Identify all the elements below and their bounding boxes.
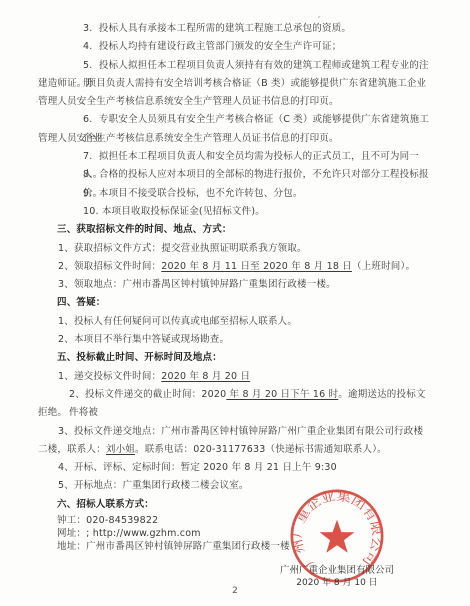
doc-line-4: 建造师证。项目负责人需持有安全培训考核合格证（B 类）或能够提供广东省建筑施工企… bbox=[38, 75, 432, 93]
text-run: 三、获取招标文件的时间、地点、方式： bbox=[57, 224, 232, 235]
text-run: 管理人员安全生产考核信息系统安全生产管理人员证书信息的打印页。 bbox=[38, 96, 339, 107]
doc-line-21: 2、投标文件递交的截止时间：2020 年 8 月 20 日下午 16 时。逾期送… bbox=[38, 386, 432, 404]
document-body: 3. 投标人具有承接本工程所需的建筑工程施工总承包的资质。4. 投标人均持有建设… bbox=[38, 20, 432, 554]
text-run: 钟工：020-84539822 bbox=[57, 515, 158, 526]
doc-line-18: 2、本项目不举行集中答疑或现场勘查。 bbox=[38, 331, 432, 349]
text-run: 4. 投标人均持有建设行政主管部门颁发的安全生产许可证； bbox=[83, 41, 341, 52]
text-run: 1、投标人有任何疑问可以传真或电邮至招标人联系人。 bbox=[58, 316, 297, 327]
underlined-text: 2020 年 8 月 20 日 bbox=[161, 371, 250, 382]
doc-line-24: 二楼，联系人：刘小姐。联系电话：020-31177633（快递标书需通知联系人）… bbox=[38, 441, 432, 459]
signature-company: 广州广重企业集团有限公司 bbox=[276, 565, 398, 577]
doc-line-25: 4、开标、评标、定标时间：暂定 2020 年 8 月 21 日上午 9:30 bbox=[38, 459, 432, 477]
text-run: 四、答疑： bbox=[57, 297, 106, 308]
doc-line-20: 1、递交投标文件时间：2020 年 8 月 20 日 bbox=[38, 368, 432, 386]
doc-line-17: 1、投标人有任何疑问可以传真或电邮至招标人联系人。 bbox=[38, 313, 432, 331]
doc-line-8: 7. 拟担任本工程项目负责人和安全员均需为投标人的正式员工，且不可为同一人。 bbox=[38, 148, 432, 166]
doc-line-15: 3、领取地点：广州市番禺区钟村镇钟屏路广重集团行政楼一楼。 bbox=[38, 276, 432, 294]
page-number: 2 bbox=[0, 586, 470, 596]
scan-speck bbox=[318, 16, 320, 18]
text-run: 建造师证。项目负责人需持有安全培训考核合格证（B 类）或能够提供广东省建筑施工企… bbox=[38, 78, 426, 89]
seal-star-icon bbox=[320, 520, 355, 553]
scan-speck bbox=[228, 243, 230, 244]
doc-line-1: 3. 投标人具有承接本工程所需的建筑工程施工总承包的资质。 bbox=[38, 20, 432, 38]
doc-line-16: 四、答疑： bbox=[38, 294, 432, 312]
text-run: 2、投标文件递交的截止时间：2020 bbox=[69, 389, 226, 400]
doc-line-7: 管理人员安全生产考核信息系统安全生产管理人员证书信息的打印页。 bbox=[38, 130, 432, 148]
document-page: 3. 投标人具有承接本工程所需的建筑工程施工总承包的资质。4. 投标人均持有建设… bbox=[0, 0, 470, 606]
text-run: 5、开标地点：广重集团行政楼二楼会议室。 bbox=[58, 480, 249, 491]
text-run: 10. 本项目收取投标保证金(见招标文件)。 bbox=[83, 206, 265, 217]
text-run: 2、本项目不举行集中答疑或现场勘查。 bbox=[58, 334, 229, 345]
doc-line-3: 5. 投标人拟担任本工程项目负责人须持有有效的建筑工程师或建筑工程专业的注册 bbox=[38, 57, 432, 75]
text-run: 管理人员安全生产考核信息系统安全生产管理人员证书信息的打印页。 bbox=[38, 133, 339, 144]
doc-line-2: 4. 投标人均持有建设行政主管部门颁发的安全生产许可证； bbox=[38, 38, 432, 56]
text-run: 1、获取招标文件方式：提交营业执照证明联系我方领取。 bbox=[58, 243, 307, 254]
text-run: 2、领取招标文件时间： bbox=[58, 261, 161, 272]
doc-line-11: 10. 本项目收取投标保证金(见招标文件)。 bbox=[38, 203, 432, 221]
underlined-text: 2020 年 8 月 11 日至 2020 年 8 月 18 日 bbox=[161, 261, 352, 272]
text-run: 六、招标人联系方式： bbox=[57, 499, 154, 510]
doc-line-14: 2、领取招标文件时间：2020 年 8 月 11 日至 2020 年 8 月 1… bbox=[38, 258, 432, 276]
text-run: 3、领取地点：广州市番禺区钟村镇钟屏路广重集团行政楼一楼。 bbox=[58, 279, 336, 290]
scan-speck bbox=[36, 101, 38, 102]
text-run: 3、投标文件递交地点：广州市番禺区钟村镇钟屏路广州广重企业集团有限公司行政楼 bbox=[58, 426, 423, 437]
text-run: （上班时间）。 bbox=[352, 261, 415, 272]
doc-line-19: 五、投标截止时间、开标时间及地点： bbox=[38, 349, 432, 367]
text-run: 。联系电话：020-31177633（快递标书需通知联系人）。 bbox=[135, 444, 387, 455]
doc-line-9: 8. 合格的投标人应对本项目的全部标的物进行报价，不允许只对部分工程投标报价。 bbox=[38, 166, 432, 184]
text-run: 拒绝。 bbox=[38, 407, 67, 418]
text-run: 地址：广州市番禺区钟村镇钟屏路广重集团行政楼一楼 bbox=[57, 541, 290, 552]
doc-line-22: 拒绝。 bbox=[38, 404, 432, 422]
doc-line-5: 管理人员安全生产考核信息系统安全生产管理人员证书信息的打印页。 bbox=[38, 93, 432, 111]
doc-line-12: 三、获取招标文件的时间、地点、方式： bbox=[38, 221, 432, 239]
text-run: 网址：; http://www.gzhm.com bbox=[57, 528, 201, 539]
doc-line-10: 9. 本项目不接受联合投标，也不允许转包、分包。 bbox=[38, 185, 432, 203]
text-run: 1、递交投标文件时间： bbox=[58, 371, 161, 382]
text-run: 二楼，联系人： bbox=[38, 444, 106, 455]
underlined-text: 刘小姐 bbox=[106, 444, 135, 455]
text-run: 五、投标截止时间、开标时间及地点： bbox=[57, 352, 222, 363]
text-run: 9. 本项目不接受联合投标，也不允许转包、分包。 bbox=[83, 188, 303, 199]
text-run: 3. 投标人具有承接本工程所需的建筑工程施工总承包的资质。 bbox=[83, 23, 351, 34]
doc-line-13: 1、获取招标文件方式：提交营业执照证明联系我方领取。 bbox=[38, 240, 432, 258]
underlined-text: 年 8 月 20 日下午 16 时 bbox=[226, 389, 338, 400]
text-run: 4、开标、评标、定标时间：暂定 2020 年 8 月 21 日上午 9:30 bbox=[58, 462, 337, 473]
doc-line-6: 6. 专职安全人员须具有安全生产考核合格证（C 类）或能够提供广东省建筑施工企业 bbox=[38, 111, 432, 129]
doc-line-23: 3、投标文件递交地点：广州市番禺区钟村镇钟屏路广州广重企业集团有限公司行政楼 bbox=[38, 423, 432, 441]
